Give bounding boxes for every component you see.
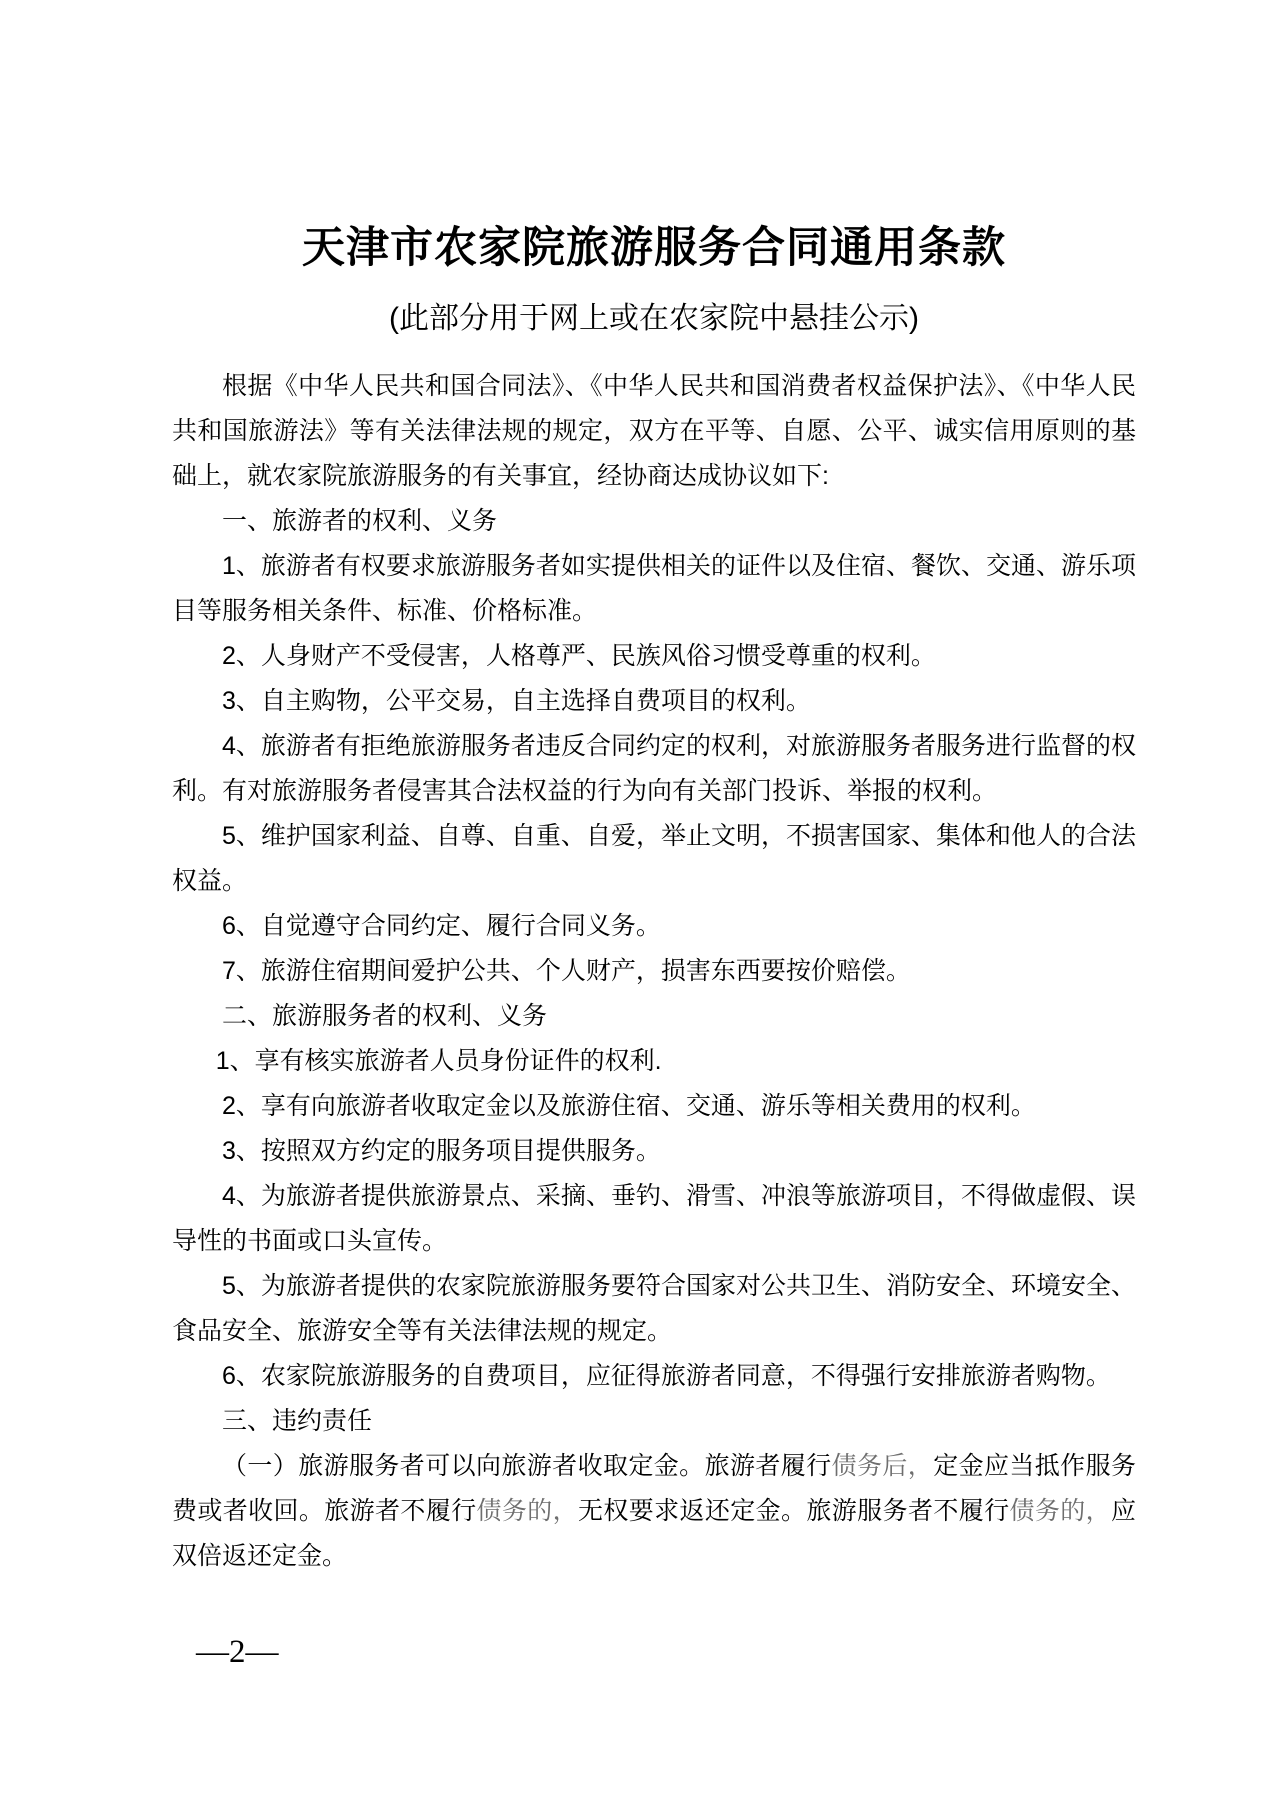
text-segment: 一、旅游者的权利、义务: [222, 507, 497, 535]
text-segment: 根据《中华人民共和国合同法》、《中华人民共和国消费者权益保护法》、《中华人民共和…: [172, 372, 1136, 490]
paragraph: 1、享有核实旅游者人员身份证件的权利.: [172, 1039, 1136, 1084]
paragraph: （一）旅游服务者可以向旅游者收取定金。旅游者履行债务后，定金应当抵作服务费或者收…: [172, 1444, 1136, 1579]
text-segment: 7、旅游住宿期间爱护公共、个人财产，损害东西要按价赔偿。: [222, 957, 911, 985]
text-segment: 6、农家院旅游服务的自费项目，应征得旅游者同意，不得强行安排旅游者购物。: [222, 1362, 1111, 1390]
paragraph: 二、旅游服务者的权利、义务: [172, 994, 1136, 1039]
paragraph: 4、旅游者有拒绝旅游服务者违反合同约定的权利，对旅游服务者服务进行监督的权利。有…: [172, 724, 1136, 814]
text-segment: 5、维护国家利益、自尊、自重、自爱，举止文明，不损害国家、集体和他人的合法权益。: [172, 822, 1136, 895]
text-segment: 2、享有向旅游者收取定金以及旅游住宿、交通、游乐等相关费用的权利。: [222, 1092, 1036, 1120]
text-segment: 3、按照双方约定的服务项目提供服务。: [222, 1137, 661, 1165]
document-page: 天津市农家院旅游服务合同通用条款 (此部分用于网上或在农家院中悬挂公示) 根据《…: [0, 0, 1280, 1810]
text-segment-light: 债务的，: [477, 1497, 579, 1525]
text-segment: 2、人身财产不受侵害，人格尊严、民族风俗习惯受尊重的权利。: [222, 642, 936, 670]
paragraph: 3、自主购物，公平交易，自主选择自费项目的权利。: [172, 679, 1136, 724]
text-segment: 1、旅游者有权要求旅游服务者如实提供相关的证件以及住宿、餐饮、交通、游乐项目等服…: [172, 552, 1136, 625]
text-segment: 无权要求返还定金。旅游服务者不履行: [578, 1497, 1009, 1525]
text-segment-light: 债务后，: [832, 1452, 934, 1480]
paragraph: 2、享有向旅游者收取定金以及旅游住宿、交通、游乐等相关费用的权利。: [172, 1084, 1136, 1129]
text-segment: （一）旅游服务者可以向旅游者收取定金。旅游者履行: [222, 1452, 832, 1480]
text-segment: 3、自主购物，公平交易，自主选择自费项目的权利。: [222, 687, 811, 715]
paragraph: 一、旅游者的权利、义务: [172, 499, 1136, 544]
page-title: 天津市农家院旅游服务合同通用条款: [172, 222, 1136, 274]
text-segment: 4、为旅游者提供旅游景点、采摘、垂钓、滑雪、冲浪等旅游项目，不得做虚假、误导性的…: [172, 1182, 1136, 1255]
text-segment-light: 债务的，: [1009, 1497, 1111, 1525]
text-segment: 5、为旅游者提供的农家院旅游服务要符合国家对公共卫生、消防安全、环境安全、食品安…: [172, 1272, 1136, 1345]
paragraph: 根据《中华人民共和国合同法》、《中华人民共和国消费者权益保护法》、《中华人民共和…: [172, 364, 1136, 499]
text-segment: 1、享有核实旅游者人员身份证件的权利.: [216, 1047, 662, 1075]
page-subtitle: (此部分用于网上或在农家院中悬挂公示): [172, 300, 1136, 338]
text-segment: 4、旅游者有拒绝旅游服务者违反合同约定的权利，对旅游服务者服务进行监督的权利。有…: [172, 732, 1136, 805]
paragraph: 三、违约责任: [172, 1399, 1136, 1444]
paragraph: 6、自觉遵守合同约定、履行合同义务。: [172, 904, 1136, 949]
paragraph: 2、人身财产不受侵害，人格尊严、民族风俗习惯受尊重的权利。: [172, 634, 1136, 679]
paragraph: 5、为旅游者提供的农家院旅游服务要符合国家对公共卫生、消防安全、环境安全、食品安…: [172, 1264, 1136, 1354]
page-number: —2—: [196, 1634, 279, 1671]
paragraph: 5、维护国家利益、自尊、自重、自爱，举止文明，不损害国家、集体和他人的合法权益。: [172, 814, 1136, 904]
text-segment: 6、自觉遵守合同约定、履行合同义务。: [222, 912, 661, 940]
paragraph: 4、为旅游者提供旅游景点、采摘、垂钓、滑雪、冲浪等旅游项目，不得做虚假、误导性的…: [172, 1174, 1136, 1264]
paragraph: 3、按照双方约定的服务项目提供服务。: [172, 1129, 1136, 1174]
paragraph: 1、旅游者有权要求旅游服务者如实提供相关的证件以及住宿、餐饮、交通、游乐项目等服…: [172, 544, 1136, 634]
text-segment: 三、违约责任: [222, 1407, 372, 1435]
paragraph: 7、旅游住宿期间爱护公共、个人财产，损害东西要按价赔偿。: [172, 949, 1136, 994]
text-segment: 二、旅游服务者的权利、义务: [222, 1002, 547, 1030]
document-content: 天津市农家院旅游服务合同通用条款 (此部分用于网上或在农家院中悬挂公示) 根据《…: [172, 222, 1136, 1579]
paragraph: 6、农家院旅游服务的自费项目，应征得旅游者同意，不得强行安排旅游者购物。: [172, 1354, 1136, 1399]
document-body: 根据《中华人民共和国合同法》、《中华人民共和国消费者权益保护法》、《中华人民共和…: [172, 364, 1136, 1579]
